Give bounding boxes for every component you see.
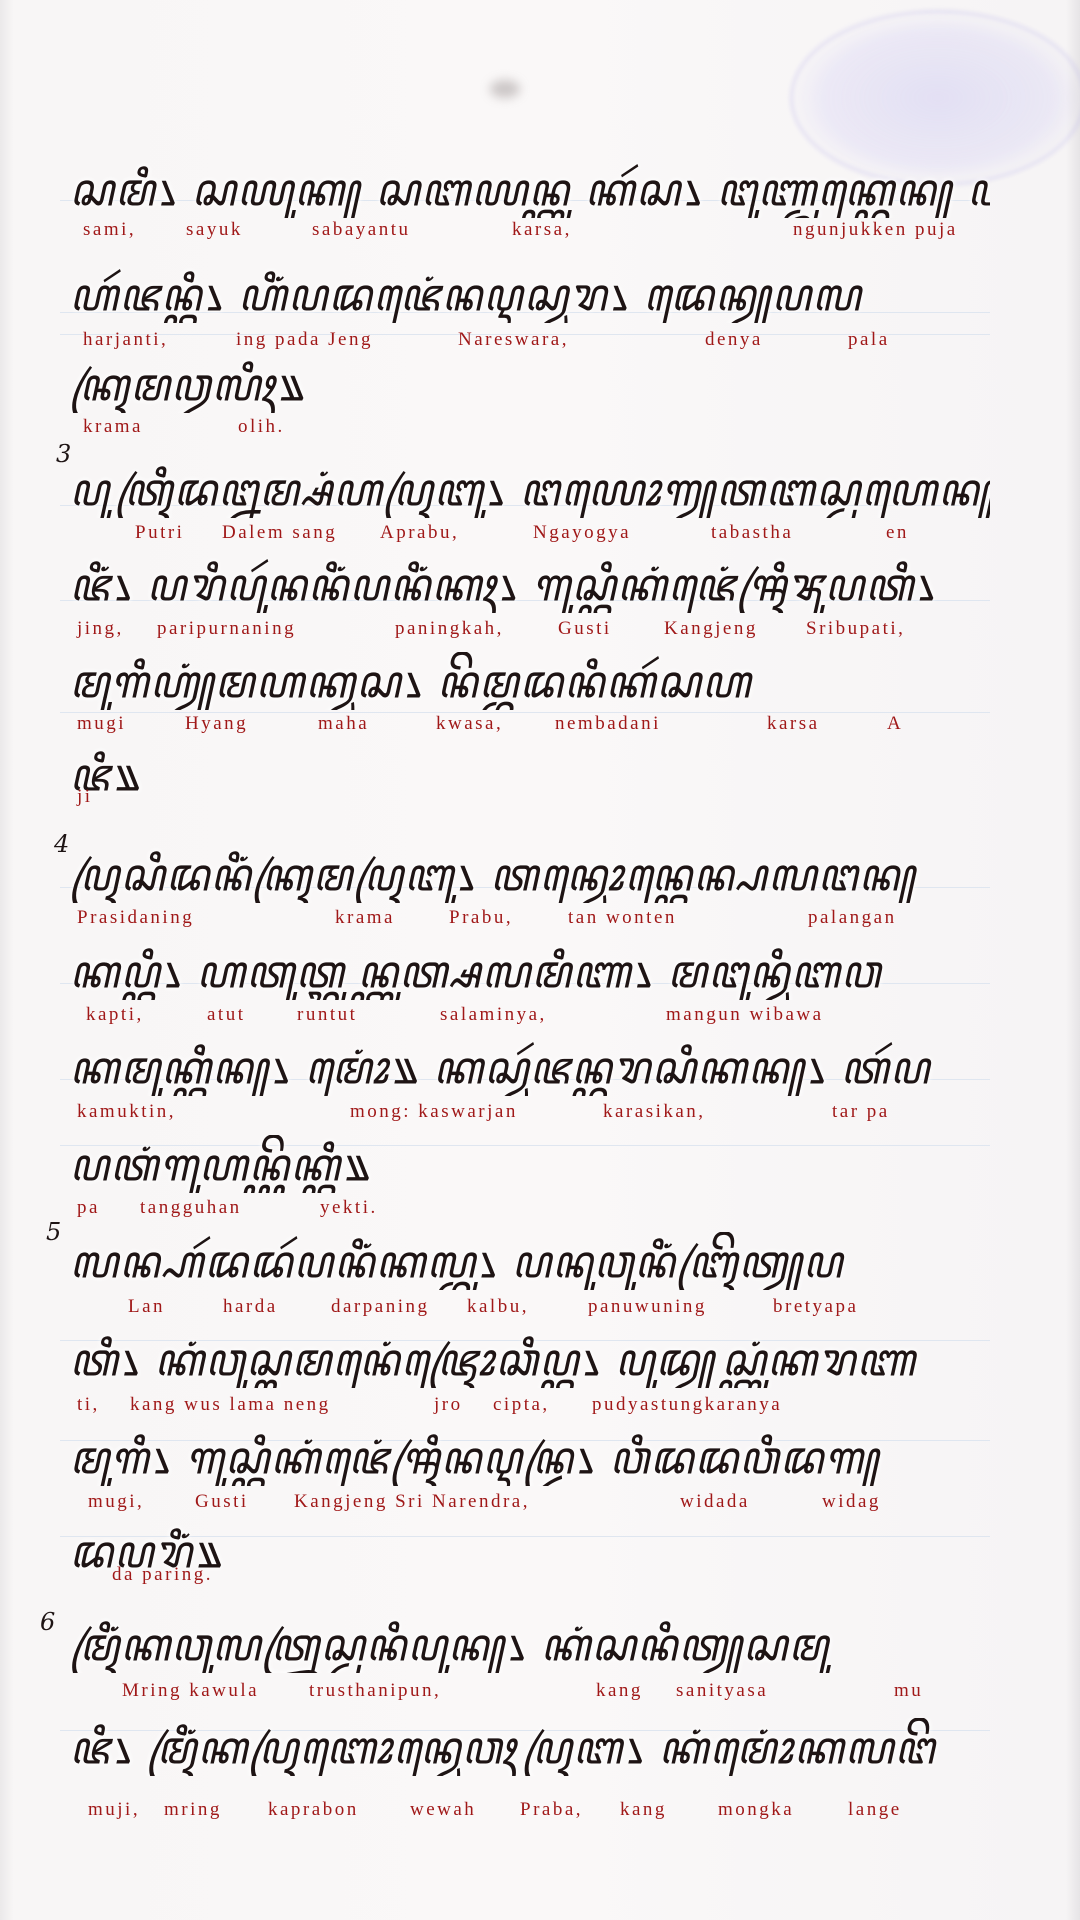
transliteration-word: Lan xyxy=(128,1296,165,1318)
transliteration-word: kaprabon xyxy=(268,1799,359,1821)
transliteration-word: muji, xyxy=(88,1799,140,1821)
script-line: ꦏꦿꦩꦎꦭꦶꦃ꧉ xyxy=(70,355,470,413)
transliteration-word: krama xyxy=(335,907,395,929)
transliteration-word: widada xyxy=(680,1491,750,1513)
transliteration-word: Putri xyxy=(135,522,184,544)
script-line: ꦥꦸꦠꦿꦶꦢꦊꦩ꧀ꦱꦁꦲꦥꦿꦧꦸ꧈ ꦔꦪꦺꦴꦒꦾꦠꦧꦱ꧀ꦛꦲꦺꦤ꧀ xyxy=(70,460,990,518)
transliteration-word: jro xyxy=(434,1394,463,1416)
script-line: ꦠꦶ꧈ ꦏꦁꦮꦸꦱ꧀ꦭꦩꦤꦺꦁꦗꦿꦺꦴꦕꦶꦥ꧀ꦠ꧈ ꦥꦸꦢꦾꦱ꧀ꦠꦸꦁꦏꦫꦚ xyxy=(70,1330,990,1388)
transliteration-word: darpaning xyxy=(331,1296,429,1318)
transliteration-word: Gusti xyxy=(195,1491,249,1513)
transliteration-word: mring xyxy=(164,1799,222,1821)
transliteration-word: sabayantu xyxy=(312,219,410,241)
stanza-number: 4 xyxy=(54,830,69,858)
script-line: ꦲꦂꦗꦤ꧀ꦠꦶ꧈ ꦲꦶꦁꦥꦢꦗꦺꦁꦤꦉꦱ꧀ꦮꦫ꧈ ꦢꦺꦤꦾꦥꦭ xyxy=(70,265,990,323)
transliteration-word: panuwuning xyxy=(588,1296,707,1318)
transliteration-word: Sribupati, xyxy=(806,618,905,640)
transliteration-word: tangguhan xyxy=(140,1197,242,1219)
script-line: ꦏꦩꦸꦏ꧀ꦠꦶꦤ꧀꧈ ꦩꦺꦴꦁ꧉ ꦏꦱ꧀ꦮꦂꦗꦤ꧀ꦏꦫꦱꦶꦏꦤ꧀꧈ ꦠꦂꦥ xyxy=(70,1038,990,1096)
stanza-number: 6 xyxy=(40,1608,55,1636)
transliteration-word: Nareswara, xyxy=(458,329,569,351)
transliteration-word: Hyang xyxy=(185,713,248,735)
transliteration-word: kamuktin, xyxy=(77,1101,176,1123)
transliteration-word: trusthanipun, xyxy=(309,1680,441,1702)
script-line: ꦗꦶ꧈ ꦩꦿꦶꦁꦏꦥꦿꦧꦺꦴꦤ꧀ꦮꦺꦮꦃꦥꦿꦧ꧈ ꦏꦁꦩꦺꦴꦁꦏꦭꦔꦼ xyxy=(70,1718,990,1776)
transliteration-word: ti, xyxy=(77,1394,100,1416)
transliteration-word: ngunjukken puja xyxy=(793,219,958,241)
transliteration-word: kalbu, xyxy=(467,1296,529,1318)
transliteration-word: denya xyxy=(705,329,763,351)
script-line: ꦥꦿꦱꦶꦢꦤꦶꦁꦏꦿꦩꦥꦿꦧꦸ꧈ ꦠꦤ꧀ꦮꦺꦴꦤ꧀ꦠꦺꦤ꧀ꦥꦭꦔꦤ꧀ xyxy=(70,845,990,903)
transliteration-word: pa xyxy=(77,1197,100,1219)
stanza-number: 5 xyxy=(46,1218,61,1246)
transliteration-word: kang wus lama neng xyxy=(130,1394,331,1416)
transliteration-word: mong: kaswarjan xyxy=(350,1101,518,1123)
transliteration-word: widag xyxy=(822,1491,881,1513)
transliteration-word: palangan xyxy=(808,907,897,929)
transliteration-word: karasikan, xyxy=(603,1101,706,1123)
transliteration-word: mugi, xyxy=(88,1491,144,1513)
transliteration-word: yekti. xyxy=(320,1197,378,1219)
script-line: ꦱꦩꦶ꧈ ꦱꦪꦸꦏ꧀ ꦱꦧꦪꦤ꧀ꦠꦸ ꦏꦂꦱ꧈ ꦔꦸꦚ꧀ꦗꦸꦏ꧀ꦏꦺꦤ꧀ ꦥꦸꦗ xyxy=(70,160,990,218)
ink-smudge xyxy=(490,80,520,98)
transliteration-word: Ngayogya xyxy=(533,522,631,544)
transliteration-word: olih. xyxy=(238,416,285,438)
transliteration-word: tar pa xyxy=(832,1101,890,1123)
transliteration-word: Gusti xyxy=(558,618,612,640)
transliteration-word: mangun wibawa xyxy=(666,1004,824,1026)
transliteration-word: Prasidaning xyxy=(77,907,194,929)
transliteration-word: mugi xyxy=(77,713,126,735)
transliteration-word: nembadani xyxy=(555,713,661,735)
transliteration-word: Kangjeng xyxy=(664,618,758,640)
transliteration-word: maha xyxy=(318,713,369,735)
transliteration-word: Aprabu, xyxy=(380,522,459,544)
transliteration-word: wewah xyxy=(410,1799,476,1821)
transliteration-word: Praba, xyxy=(520,1799,583,1821)
transliteration-word: pala xyxy=(848,329,890,351)
transliteration-word: paripurnaning xyxy=(157,618,296,640)
transliteration-word: sami, xyxy=(83,219,136,241)
transliteration-word: atut xyxy=(207,1004,246,1026)
script-line: ꦏꦥ꧀ꦠꦶ꧈ ꦲꦠꦸꦠ꧀ꦫꦸꦤ꧀ꦠꦸꦠ꧀ꦱꦭꦩꦶꦚ꧈ ꦩꦔꦸꦤ꧀ꦮꦶꦧꦮ xyxy=(70,942,990,1000)
script-line: ꦩꦸꦒꦶꦲꦾꦁꦩꦲꦏ꧀ꦮꦱ꧈ ꦤꦼꦩ꧀ꦧꦢꦤꦶꦏꦂꦱꦲ xyxy=(70,652,990,710)
script-line: ꦭꦤ꧀ꦲꦂꦢꦢꦂꦥꦤꦶꦁꦏꦭ꧀ꦧꦸ꧈ ꦥꦤꦸꦮꦸꦤꦶꦁꦧꦿꦼꦠꦾꦥ xyxy=(70,1232,990,1290)
transliteration-word: cipta, xyxy=(493,1394,550,1416)
transliteration-word: salaminya, xyxy=(440,1004,547,1026)
transliteration-word: tabastha xyxy=(711,522,793,544)
transliteration-word: ji xyxy=(77,786,93,808)
transliteration-word: harjanti, xyxy=(83,329,168,351)
transliteration-word: da paring. xyxy=(112,1564,213,1586)
transliteration-word: bretyapa xyxy=(773,1296,858,1318)
stanza-number: 3 xyxy=(56,440,71,468)
transliteration-word: kwasa, xyxy=(436,713,503,735)
transliteration-word: pudyastungkaranya xyxy=(592,1394,782,1416)
transliteration-word: A xyxy=(887,713,903,735)
script-line: ꦗꦶꦁ꧈ ꦥꦫꦶꦥꦸꦂꦤꦤꦶꦁꦥꦤꦶꦁꦏꦃ꧈ ꦒꦸꦱ꧀ꦠꦶꦏꦁꦗꦺꦁꦯꦿꦶꦨꦸꦥ… xyxy=(70,555,990,613)
transliteration-word: ing pada Jeng xyxy=(236,329,373,351)
script-line: ꦩꦸꦒꦶ꧈ ꦒꦸꦱ꧀ꦠꦶꦏꦁꦗꦺꦁꦯꦿꦶꦤꦉꦤ꧀ꦢꦿ꧈ ꦮꦶꦢꦢꦮꦶꦢꦒ꧀ xyxy=(70,1428,990,1486)
script-line: ꦩꦿꦶꦁꦏꦮꦸꦭꦠꦿꦸꦱ꧀ꦛꦤꦶꦥꦸꦤ꧀꧈ ꦏꦁꦱꦤꦶꦠꦾꦱꦩꦸ xyxy=(70,1615,990,1673)
transliteration-word: Dalem sang xyxy=(222,522,337,544)
transliteration-word: Kangjeng Sri Narendra, xyxy=(294,1491,530,1513)
transliteration-word: karsa, xyxy=(512,219,572,241)
transliteration-word: tan wonten xyxy=(568,907,677,929)
transliteration-word: lange xyxy=(848,1799,902,1821)
transliteration-word: harda xyxy=(223,1296,278,1318)
transliteration-word: kang xyxy=(596,1680,643,1702)
transliteration-word: karsa xyxy=(767,713,820,735)
manuscript-page: 3 4 5 6 ꦱꦩꦶ꧈ ꦱꦪꦸꦏ꧀ ꦱꦧꦪꦤ꧀ꦠꦸ ꦏꦂꦱ꧈ ꦔꦸꦚ꧀ꦗꦸꦏ꧀… xyxy=(0,0,1080,1920)
transliteration-word: jing, xyxy=(77,618,124,640)
transliteration-word: en xyxy=(886,522,909,544)
transliteration-word: mongka xyxy=(718,1799,794,1821)
transliteration-word: sanityasa xyxy=(676,1680,768,1702)
transliteration-word: runtut xyxy=(297,1004,357,1026)
script-line: ꦥꦠꦁꦒꦸꦲꦤ꧀ꦪꦼꦏ꧀ꦠꦶ꧉ xyxy=(70,1135,420,1193)
transliteration-word: paningkah, xyxy=(395,618,504,640)
transliteration-word: kang xyxy=(620,1799,667,1821)
transliteration-word: kapti, xyxy=(86,1004,144,1026)
transliteration-word: krama xyxy=(83,416,143,438)
transliteration-word: mu xyxy=(894,1680,923,1702)
transliteration-word: Prabu, xyxy=(449,907,513,929)
transliteration-word: Mring kawula xyxy=(122,1680,259,1702)
transliteration-word: sayuk xyxy=(186,219,243,241)
